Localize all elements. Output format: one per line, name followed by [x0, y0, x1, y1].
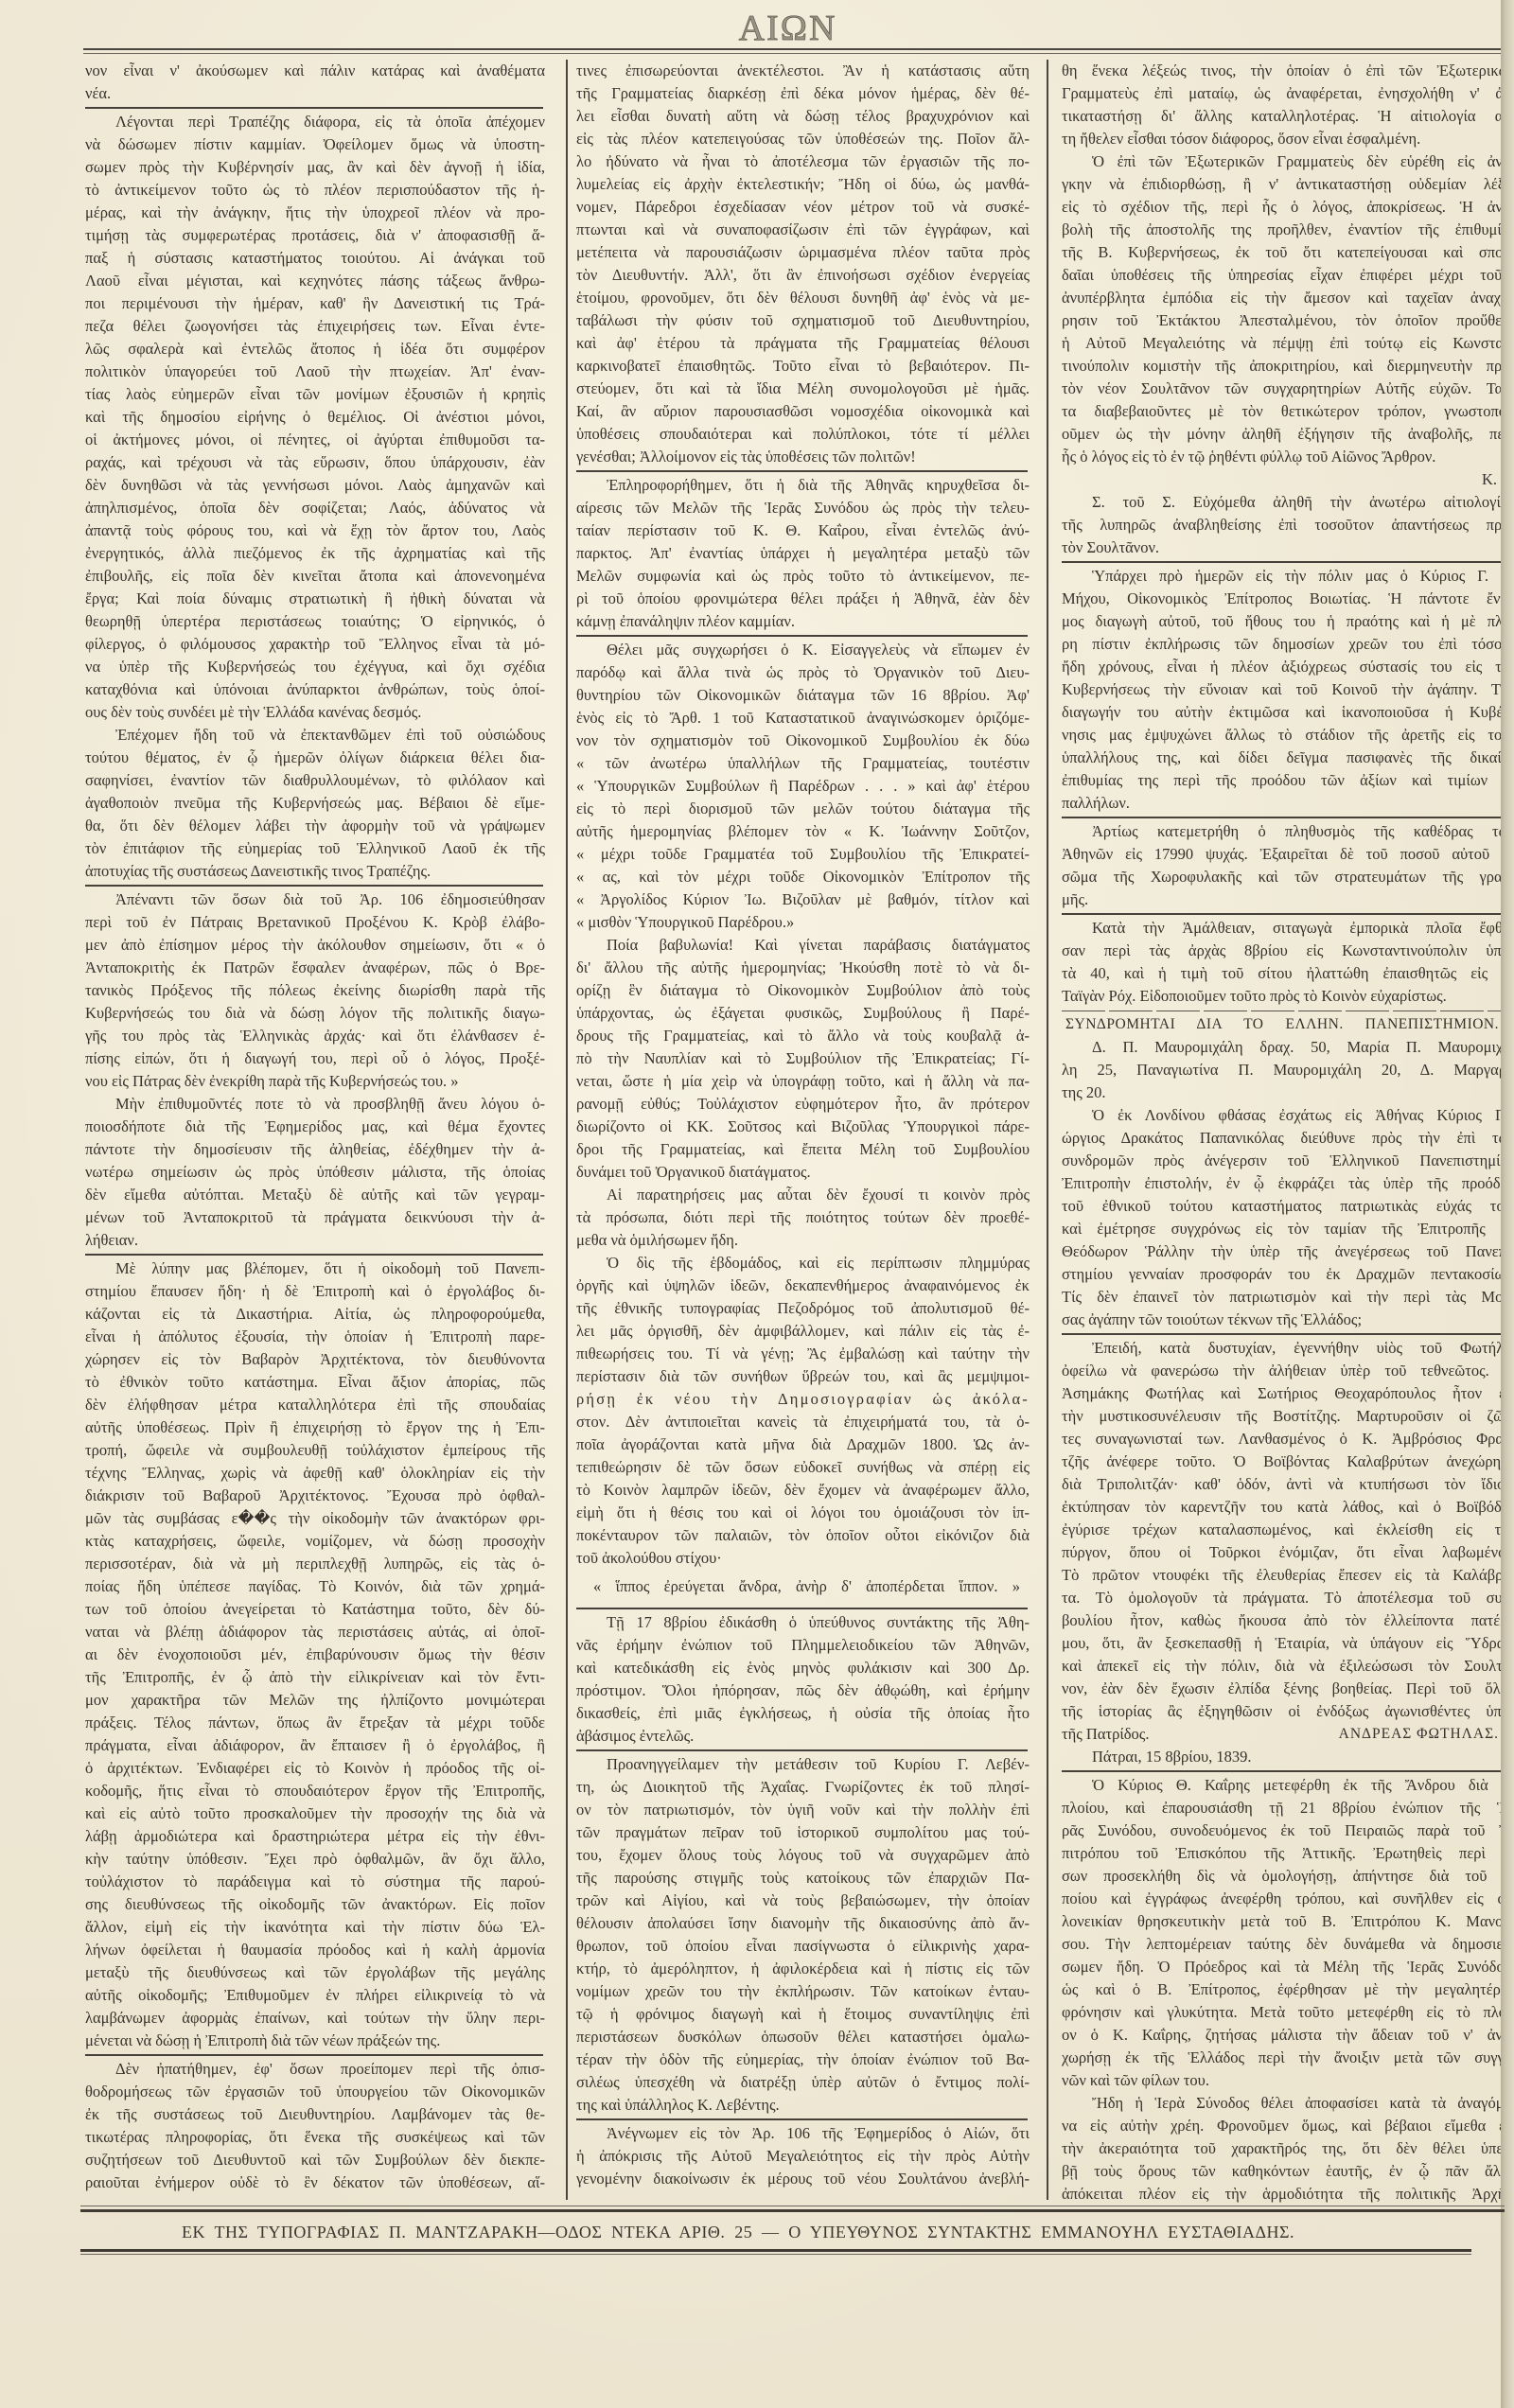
text-line: Κυβερνήσεώς του διὰ νὰ δώσῃ λόγον τῆς πο… [85, 1002, 545, 1025]
text-line: τέραν τὴν ὁδὸν τῆς εὐημερίας, τὴν ὁποίαν… [576, 2048, 1030, 2071]
text-line: φίλεργος, ὁ φιλόμουσος χαρακτὴρ τοῦ Ἕλλη… [85, 633, 545, 656]
text-line: Ὁ ἐκ Λονδίνου φθάσας ἐσχάτως εἰς Ἀθήνας … [1062, 1104, 1514, 1127]
text-line: πρόστιμον. Ὅλοι ἠπόρησαν, πῶς δὲν ἀθῳώθη… [576, 1679, 1030, 1702]
text-line: λήθειαν. [85, 1229, 545, 1252]
article-sultan-reply-continued: θη ἕνεκα λέξεώς τινος, τὴν ὁποίαν ὁ ἐπὶ … [1062, 60, 1514, 150]
text-line: τανικὸς Πρόξενος τῆς πόλεως ἐκείνης διωρ… [85, 979, 545, 1002]
text-line: καὶ ἀπεκεῖ εἰς τὴν πόλιν, διὰ νὰ ἐξιλεώσ… [1062, 1655, 1514, 1678]
text-line: τες συναγωνισταί των. Λανθασμένος ὁ Κ. Ἀ… [1062, 1428, 1514, 1450]
text-line: ον τὸν πατριωτισμόν, τὸν ὑγιῆ νοῦν καὶ τ… [576, 1799, 1030, 1821]
text-line: θη ἕνεκα λέξεώς τινος, τὴν ὁποίαν ὁ ἐπὶ … [1062, 60, 1514, 82]
text-line: τὸ ἀντικείμενον τοῦτο ὡς τὸ πλέον περισπ… [85, 179, 545, 202]
text-line: περισσοτέραν, διὰ νὰ μὴ περιπλεχθῇ λυπηρ… [85, 1553, 545, 1575]
text-line: Ταϊγὰν Ρόχ. Εἰδοποιοῦμεν τοῦτο πρὸς τὸ Κ… [1062, 985, 1514, 1008]
text-line: ἀπόκειται πλέον εἰς τὴν ἁρμοδιότητα τῆς … [1062, 2183, 1514, 2206]
text-line: τοῦ ἀκολούθου στίχου· [576, 1547, 1030, 1570]
text-line: βουλίου ἦτον, καθὼς ἤκουσα ἀπὸ τὸν ἐλλεί… [1062, 1609, 1514, 1632]
text-line: γενέσθαι; Ἀλλοίμονον εἰς τὰς ὑποθέσεις τ… [576, 446, 1030, 468]
text-line: νῶν καὶ τῶν φίλων του. [1062, 2069, 1514, 2092]
text-line: σωμεν πρὸς τὴν Κυβέρνησίν μας, ἂν καὶ δὲ… [85, 156, 545, 179]
text-line: στον. Δὲν ἀντιποιεῖται κανεὶς τὰ ἐπιχειρ… [576, 1411, 1030, 1433]
section-heading-university-subscribers: ΣΥΝΔΡΟΜΗΤΑΙ ΔΙΑ ΤΟ ΕΛΛΗΝ. ΠΑΝΕΠΙΣΤΗΜΙΟΝ. [1062, 1013, 1514, 1036]
text-line: λη 25, Παναγιωτίνα Π. Μαυρομιχάλη 20, Δ.… [1062, 1059, 1514, 1081]
article-finance-directorate-continued: τινες ἐπισωρεύονται ἀνεκτέλεστοι. Ἂν ἡ κ… [576, 60, 1030, 468]
text-line: ἐπιθυμίας της περὶ τῆς προόδου τῶν ἀξίων… [1062, 769, 1514, 792]
text-line: ἀπαντᾷ τοὺς φόρους του, καὶ νὰ ἔχῃ τὸν ἄ… [85, 519, 545, 542]
footer-double-rule-top [80, 2206, 1505, 2212]
letter-signature-initial: Κ. [1062, 468, 1514, 491]
text-line: « Ὑπουργικῶν Συμβούλων ἢ Παρέδρων . . . … [576, 775, 1030, 798]
text-line: δὲν εἴμεθα αὐτόπται. Μεταξὺ δὲ αὐτῆς καὶ… [85, 1184, 545, 1206]
article-editorial-note-consul: Μὴν ἐπιθυμοῦντές ποτε τὸ νὰ προσβληθῇ ἄν… [85, 1093, 545, 1252]
text-line: ρᾶς Συνόδου, συνοδευόμενος ἐκ τοῦ Πειραι… [1062, 1819, 1514, 1842]
text-line: μέρας, καὶ τὴν ἀνάγκην, ἥτις τὴν ὑποχρεο… [85, 202, 545, 224]
text-line: λῶς σφαλερὰ καὶ ἐντελῶς ἄτοπος ἡ ἰδέα ὅτ… [85, 338, 545, 360]
text-line: Ἀπέναντι τῶν ὅσων διὰ τοῦ Ἀρ. 106 ἐδημοσ… [85, 888, 545, 911]
text-line: εἶναι ἡ ἀπόλυτος ἐξουσία, τὴν ὁποίαν ἡ Ἐ… [85, 1326, 545, 1348]
text-line: της 20. [1062, 1081, 1514, 1104]
text-line: Ὁ ἐπὶ τῶν Ἐξωτερικῶν Γραμματεὺς δὲν εὑρέ… [1062, 150, 1514, 173]
text-line: λο ἠδύνατο νὰ ἦναι τὸ ἀποτέλεσμα τῶν ἐργ… [576, 150, 1030, 173]
article-decree-contradiction: Ποία βαβυλωνία! Καὶ γίνεται παράβασις δι… [576, 934, 1030, 1184]
text-line: ὁ ἀρχιτέκτων. Ἐνδιαφέρει εἰς τὸ Κοινὸν ἡ… [85, 1757, 545, 1780]
text-line: βῇ τοὺς ὅρους τῶν καθηκόντων ἑαυτῆς, ἐν … [1062, 2160, 1514, 2183]
column-left: νον εἶναι ν' ἀκούσωμεν καὶ πάλιν κατάρας… [85, 60, 545, 2194]
text-line: θα, ὅτι δὲν θέλομεν λάβει τὴν ἀφορμὴν το… [85, 815, 545, 837]
text-line: ποίου καὶ ἐγγράφως ἀνεφέρθη τρόπου, καὶ … [1062, 1888, 1514, 1910]
text-line: ἐγύρισε τρέχων καταλασπωμένος, καὶ ἐκλεί… [1062, 1519, 1514, 1541]
text-line: ἀνυπέρβλητα ἐμπόδια εἰς τὴν ἄμεσον καὶ τ… [1062, 287, 1514, 309]
text-line: παρκτος. Ἀπ' ἐναντίας ὑπάρχει ἡ μεγαλητέ… [576, 542, 1030, 565]
text-line: λει μᾶς ὀργισθῆ, δὲν ἀμφιβάλλομεν, καὶ π… [576, 1320, 1030, 1343]
text-line: νομίμων χρεῶν του τὴν ἐκπλήρωσιν. Τῶν κα… [576, 1980, 1030, 2003]
letter-signature: ΑΝΔΡΕΑΣ ΦΩΤΗΛΑΣ. [1339, 1723, 1499, 1746]
text-line: Κατὰ τὴν Ἀμάλθειαν, σιταγωγὰ ἐμπορικὰ πλ… [1062, 917, 1514, 940]
text-line: Θέλει μᾶς συγχωρήσει ὁ Κ. Εἰσαγγελεὺς νὰ… [576, 639, 1030, 661]
text-line: ραιοῦται ἐνήμερον οὐδὲ τὸ ἓν δέκατον τῶν… [85, 2171, 545, 2194]
text-line: Ἀθηνῶν εἰς 17990 ψυχάς. Ἐξαιρεῖται δὲ το… [1062, 843, 1514, 866]
text-line: τζῆς ἀνέφερε τοῦτο. Ὁ Βοϊβόντας Καλαβρύτ… [1062, 1450, 1514, 1473]
text-line: χωρήσῃ ἐκ τῆς Ἑλλάδος περὶ τὴν ἄνοιξιν μ… [1062, 2047, 1514, 2069]
text-line: κάμνῃ ἐπανάληψιν πλέον καμμίαν. [576, 610, 1030, 633]
subscribers-list: Δ. Π. Μαυρομιχάλη δραχ. 50, Μαρία Π. Μαυ… [1062, 1036, 1514, 1104]
text-line: τιμήσῃ τὰς συμφερωτέρας προτάσεις, διὰ ν… [85, 224, 545, 247]
text-line: νεται, ὥστε ἡ μία χεὶρ νὰ ὑπογράφῃ τοῦτο… [576, 1070, 1030, 1093]
text-line: τα. Τὸ ὁμολογοῦν τὰ πράγματα. Τὸ ἀποτέλε… [1062, 1587, 1514, 1609]
text-line: Θεόδωρον Ῥάλλην τὴν ὑπὲρ τῆς ἀνεγέρσεως … [1062, 1240, 1514, 1263]
text-line: καὶ εἰς αὐτὸ τοῦτο προσκαλοῦμεν τὴν προσ… [85, 1802, 545, 1825]
text-line: μεν ἀπὸ ἐπίσημον μέρος τὴν ἀκόλουθον σημ… [85, 934, 545, 957]
text-line: πάντοτε τὴν δημοσίευσιν τῆς ἀληθείας, ἐδ… [85, 1138, 545, 1161]
article-finance-directorate: Δὲν ἠπατήθημεν, ἐφ' ὅσων προείπομεν περὶ… [85, 2058, 545, 2194]
text-line: Τῇ 17 8βρίου ἐδικάσθη ὁ ὑπεύθυνος συντάκ… [576, 1611, 1030, 1634]
text-line: μῶν τὰς συμβάσας ε��ς τὴν οἰκοδομὴν τῶν … [85, 1507, 545, 1530]
text-line: ἀποτυχίας τῆς συστάσεως Δανειστικῆς τινο… [85, 860, 545, 883]
text-line: τινούπολιν κομιστὴν τῆς ἀποκριτηρίου, κα… [1062, 355, 1514, 378]
text-line: τοῦ ἐθνικοῦ τούτου καταστήματος πατριωτι… [1062, 1195, 1514, 1218]
text-line: νᾶς ἐρήμην ἐνώπιον τοῦ Πλημμελειοδικείου… [576, 1634, 1030, 1657]
text-line: ἧς ὁ λόγος εἰς τὸ ἐν τῷ ῥηθέντι φύλλῳ το… [1062, 446, 1514, 468]
text-line: φρόνησιν καὶ γλυκύτητα. Μετὰ τοῦτο μετεφ… [1062, 2001, 1514, 2024]
text-line: ρη πίστιν ἐκπλήρωσις τῶν δημοσίων χρεῶν … [1062, 633, 1514, 656]
article-grain-ships: Κατὰ τὴν Ἀμάλθειαν, σιταγωγὰ ἐμπορικὰ πλ… [1062, 917, 1514, 1008]
letter-closing-line: τῆς Πατρίδος. ΑΝΔΡΕΑΣ ΦΩΤΗΛΑΣ. [1062, 1723, 1514, 1746]
article-athena-editor-trial: Τῇ 17 8βρίου ἐδικάσθη ὁ ὑπεύθυνος συντάκ… [576, 1611, 1030, 1748]
text-line: περιστάσεων δυσκόλων ὁπωσοῦν θέλει κατασ… [576, 2026, 1030, 2048]
text-line: « μέχρι τοῦδε Γραμματέα τοῦ Συμβουλίου τ… [576, 843, 1030, 866]
section-separator-rule [1062, 1008, 1514, 1013]
text-line: μου, ὅτι, ἂν ξεσκεπασθῇ ἡ Ἑταιρία, νὰ ὑπ… [1062, 1632, 1514, 1655]
text-line: ἀβάσιμος ἐντελῶς. [576, 1725, 1030, 1748]
text-line: δαῖαι ὑποθέσεις τῆς ὑπηρεσίας εἶχαν ἐπιφ… [1062, 264, 1514, 287]
text-line: τικαταστήσῃ δι' ἄλλης καταλληλοτέρας. Ἡ … [1062, 105, 1514, 128]
article-separator-rule [576, 1748, 1030, 1753]
text-line: κοδομῆς, ἥτις εἶναι τὸ σπουδαιότερον ἔργ… [85, 1780, 545, 1802]
text-line: Τὸ πρῶτον ντουφέκι τῆς ἐλευθερίας ἔπεσεν… [1062, 1564, 1514, 1587]
column-right: θη ἕνεκα λέξεώς τινος, τὴν ὁποίαν ὁ ἐπὶ … [1062, 60, 1514, 2206]
letter-dateline: Πάτραι, 15 8βρίου, 1839. [1062, 1746, 1514, 1768]
text-line: μεθα νὰ ὁμιλήσωμεν ἤδη. [576, 1229, 1030, 1252]
text-line: διωρίζοντο οἱ ΚΚ. Σοῦτσος καὶ Βιζοῦλας Ὑ… [576, 1116, 1030, 1138]
text-line: αι δὲν ἐνοχοποιοῦσι μέν, ἐπιβαρύνουσιν ὅ… [85, 1643, 545, 1666]
article-bank-proposal-conclusion: Ἐπέχομεν ἤδη τοῦ νὰ ἐπεκτανθῶμεν ἐπὶ τοῦ… [85, 724, 545, 883]
text-line: δι' ἄλλου τῆς αὐτῆς ἡμερομηνίας; Ἠκούσθη… [576, 957, 1030, 979]
article-separator-rule [1062, 1768, 1514, 1774]
text-line: θοδρομήσεως τῶν ἐργασιῶν τοῦ ὑπουργείου … [85, 2081, 545, 2103]
article-michou-commissioner: Ὑπάρχει πρὸ ἡμερῶν εἰς τὴν πόλιν μας ὁ Κ… [1062, 565, 1514, 815]
text-line: « Ἀργολίδος Κύριον Ἰω. Βιζοῦλαν μὲ βαθμό… [576, 888, 1030, 911]
article-papanikolas-donation: Ὁ ἐκ Λονδίνου φθάσας ἐσχάτως εἰς Ἀθήνας … [1062, 1104, 1514, 1331]
text-line: αὐτῆς οἰκοδομῆς; Ἐπιθυμοῦμεν ἐν πλήρει ε… [85, 1984, 545, 2007]
article-organic-decree: Θέλει μᾶς συγχωρήσει ὁ Κ. Εἰσαγγελεὺς νὰ… [576, 639, 1030, 934]
text-line: ρησιν τοῦ Ἐκτάκτου Ἀπεσταλμένου, τὸν ὁπο… [1062, 309, 1514, 332]
text-line: μῆς. [1062, 888, 1514, 911]
text-line: τίας λαὸς εὐημερῶν εἶναι τῶν μονίμων ἐξο… [85, 383, 545, 406]
text-line: αὐτῆς ὑποθέσεως. Πρὶν ἢ ἐπιχειρήσῃ τὸ ἔρ… [85, 1416, 545, 1439]
text-line: Αἱ παρατηρήσεις μας αὗται δὲν ἔχουσί τι … [576, 1184, 1030, 1206]
article-separator-rule [1062, 1331, 1514, 1337]
text-line: Καί, ἂν αὔριον παρουσιασθῶσι νομοσχέδια … [576, 400, 1030, 423]
text-line: νομεν, Πάρεδροι ἐσχεδίασαν νέον μέτρον τ… [576, 196, 1030, 219]
text-line: σου. Τὴν λεπτομέρειαν ταύτης δὲν δυνάμεθ… [1062, 1933, 1514, 1956]
text-line: καρκινοβατεῖ ἐπαισθητῶς. Τοῦτο εἶναι τὸ … [576, 355, 1030, 378]
text-line: ἄλλον, εἰμὴ εἰς τὴν ἱκανότητα καὶ τὴν πί… [85, 1916, 545, 1939]
text-line: Γραμματεὺς ἐπὶ ματαίῳ, ὡς ἀναφέρεται, ἐν… [1062, 82, 1514, 105]
text-line: ποκένταυρον τῶν παλαιῶν, τὸν ὁποῖον οὗτο… [576, 1524, 1030, 1547]
text-line: Δὲν ἠπατήθημεν, ἐφ' ὅσων προείπομεν περὶ… [85, 2058, 545, 2081]
text-line: Ἀνέγνωμεν εἰς τὸν Ἀρ. 106 τῆς Ἐφημερίδος… [576, 2122, 1030, 2145]
text-line: νὰ δώσωμεν πίστιν καμμίαν. Ὀφείλομεν ὅμω… [85, 133, 545, 156]
text-line: δυνάμει τοῦ Ὀργανικοῦ διατάγματος. [576, 1161, 1030, 1184]
article-bank-proposal: Λέγονται περὶ Τραπέζης διάφορα, εἰς τὰ ὁ… [85, 111, 545, 724]
text-line: ἔργα; Καὶ ποία δύναμις στρατιωτικὴ ἢ ἠθι… [85, 588, 545, 610]
text-line: εἰς τὸ περὶ διορισμοῦ τῶν μελῶν τούτου δ… [576, 798, 1030, 820]
text-line: μος διαγωγὴ αὐτοῦ, τοῦ ἤθους του ἡ πραότ… [1062, 610, 1514, 633]
text-line: Λαοῦ εἶναι μέγισται, καὶ κεχηνότες πάσης… [85, 270, 545, 292]
text-line: παλλήλων. [1062, 792, 1514, 815]
text-line: Ἀσημάκης Φωτήλας καὶ Σωτήριος Θεοχαρόπου… [1062, 1382, 1514, 1405]
article-pezodromos-reply: Ὁ δὶς τῆς ἑβδομάδος, καὶ εἰς περίπτωσιν … [576, 1252, 1030, 1570]
article-continuation: νον εἶναι ν' ἀκούσωμεν καὶ πάλιν κατάρας… [85, 60, 545, 105]
text-line: Ἐπληροφορήθημεν, ὅτι ἡ διὰ τῆς Ἀθηνᾶς κη… [576, 474, 1030, 497]
text-line: εἰμὴ ὅτι ἡ θέσις του καὶ οἱ λόγοι του ὁμ… [576, 1502, 1030, 1524]
article-separator-rule [85, 2052, 545, 2058]
article-foreign-secretary-letter: Ὁ ἐπὶ τῶν Ἐξωτερικῶν Γραμματεὺς δὲν εὑρέ… [1062, 150, 1514, 468]
letter-closing-text: τῆς Πατρίδος. [1062, 1723, 1149, 1746]
text-line: ραχάς, καὶ τρέχουσι νὰ τὰς εὕρωσιν, ὅπου… [85, 451, 545, 474]
text-line: Σ. τοῦ Σ. Εὐχόμεθα ἀληθῆ τὴν ἀνωτέρω αἰτ… [1062, 491, 1514, 514]
text-line: τα διαβεβαιοῦντες μὲ τὸν θετικώτερον τρό… [1062, 400, 1514, 423]
text-line: μετέπειτα νὰ παρουσιάζωσιν ὡριμασμένα πλ… [576, 241, 1030, 264]
text-line: ἀγαθοποιὸν πνεῦμα τῆς Κυβερνήσεώς μας. Β… [85, 792, 545, 815]
newspaper-page: ΑΙΩΝ νον εἶναι ν' ἀκούσωμεν καὶ πάλιν κα… [0, 0, 1514, 2408]
text-line: ἤδη χρόνους, εἶναι ἡ πλέον ἀξιόχρεως σύσ… [1062, 656, 1514, 678]
text-line: νέα. [85, 82, 545, 105]
page-binding-fold [1501, 0, 1514, 2408]
text-line: ἡ Αὐτοῦ Μεγαλειότης νὰ πέμψῃ ἐπὶ τούτῳ ε… [1062, 332, 1514, 355]
text-line: συνδρομῶν πρὸς ἀνέγερσιν τοῦ Ἑλληνικοῦ Π… [1062, 1150, 1514, 1172]
text-line: λάβῃ ἁρμοδιώτερα καὶ δραστηριώτερα μέτρα… [85, 1825, 545, 1848]
text-line: σωμεν ἤδη. Ὁ Πρόεδρος καὶ τὰ Μέλη τῆς Ἱε… [1062, 1956, 1514, 1978]
text-line: Ἀνταποκριτὴς ἐκ Πατρῶν ἔσφαλεν ἀναφέρων,… [85, 957, 545, 979]
text-line: τῆς Ἐπιτροπῆς, ἐν ᾧ ἀπὸ τὴν εἰλικρίνειαν… [85, 1666, 545, 1689]
text-line: δὲν ἐλήφθησαν μέτρα καταλληλότερα ἐπὶ τῆ… [85, 1394, 545, 1416]
text-line: σιλέως ὑπεσχέθη νὰ διατρέξῃ ὑπὲρ αὐτῶν ὁ… [576, 2071, 1030, 2094]
article-synod-decision: Ἤδη ἡ Ἱερὰ Σύνοδος θέλει ἀποφασίσει κατὰ… [1062, 2092, 1514, 2206]
text-line: λήνων ὀφείλεται ἡ θαυμασία πρόοδος καὶ ἡ… [85, 1939, 545, 1961]
text-line: ἐκτύπησαν τὸν καρεντζῆν του κατὰ λάθος, … [1062, 1496, 1514, 1519]
text-line: τη ἤθελεν εἶσθαι τόσον διάφορος, ὅσον εἶ… [1062, 128, 1514, 150]
text-line: διάκρισιν τοῦ Βαβαροῦ Ἀρχιτέκτονος. Ἔχου… [85, 1485, 545, 1507]
text-line: παξ ἡ σύστασις καταστήματος τοιούτου. Αἱ… [85, 247, 545, 270]
text-line: ἀπηλπισμένος, ὁποῖα δὲν σοφίζεται; Λαός,… [85, 497, 545, 519]
letter-fotilas: Ἐπειδή, κατὰ δυστυχίαν, ἐγεννήθην υἱὸς τ… [1062, 1337, 1514, 1723]
text-line: Ὁ Κύριος Θ. Καΐρης μετεφέρθη ἐκ τῆς Ἄνδρ… [1062, 1774, 1514, 1797]
text-line: Ἐπέχομεν ἤδη τοῦ νὰ ἐπεκτανθῶμεν ἐπὶ τοῦ… [85, 724, 545, 747]
text-line: ταίαν περίστασιν τοῦ Κ. Θ. Καΐρου, εἶναι… [576, 519, 1030, 542]
text-line: τικωτέρας πληροφορίας, ὅτι ἕνεκα τῆς συσ… [85, 2126, 545, 2149]
text-line: νον τὸν σχηματισμὸν τοῦ Οἰκονομικοῦ Συμβ… [576, 729, 1030, 752]
text-line: γενομένην διακοίνωσιν ἐκ μέρους τοῦ νέου… [576, 2168, 1030, 2190]
text-line: τὴν ἀκεραιότητα τοῦ χαρακτῆρός της, ὅτι … [1062, 2137, 1514, 2160]
text-line: τρῶν καὶ Αἰγίου, καὶ νὰ τοὺς βεβαιώσωμεν… [576, 1889, 1030, 1912]
text-line: ἑτοίμου, φρονοῦμεν, ὅτι δὲν θέλουσι δυνη… [576, 287, 1030, 309]
text-line: τεπιθεώρησιν δὲ τῶν ὅσων εὐδοκεῖ συνήθως… [576, 1456, 1030, 1479]
text-line: μένων τοῦ Ἀνταποκριτοῦ τὰ πράγματα δεικν… [85, 1206, 545, 1229]
article-british-consul-correction: Ἀπέναντι τῶν ὅσων διὰ τοῦ Ἀρ. 106 ἐδημοσ… [85, 888, 545, 1093]
text-line: στεύομεν, ὅτι καὶ τὰ ἴδια Μέλη συνομολογ… [576, 378, 1030, 400]
text-line: ποι περιμένουσι τὴν ἡμέραν, καθ' ἣν Δανε… [85, 292, 545, 315]
text-line: ὑπάρχοντας, ὡς ἐξάγεται φυσικῶς, Συμβούλ… [576, 1002, 1030, 1025]
text-line: ὑποθέσεις σπουδαιότεραι καὶ πολύπλοκοι, … [576, 423, 1030, 446]
text-line: τούτου θέματος, ἐν ᾧ ἡμερῶν ὀλίγων διάρκ… [85, 747, 545, 769]
verse-quote: « ἵππος ἐρεύγεται ἄνδρα, ἀνὴρ δ' ἀποπέρδ… [576, 1575, 1030, 1598]
text-line: συζητήσεων τοῦ Διευθυντοῦ καὶ τῶν Συμβού… [85, 2149, 545, 2171]
text-line: ὡς καὶ ὁ Β. Ἐπίτροπος, ἐφέρθησαν μὲ τὴν … [1062, 1978, 1514, 2001]
text-line: ρανομῇ εὐθύς; Τοὐλάχιστον εὐφημότερον ἦτ… [576, 1093, 1030, 1116]
text-line: μεταξὺ τῆς διευθύνσεως καὶ τῶν ἐργολάβων… [85, 1961, 545, 1984]
text-line: βολὴ τῆς ἀποστολῆς της προῆλθεν, ἐναντίο… [1062, 219, 1514, 241]
text-line: δρους τῆς Γραμματείας, καὶ τὸ ἄλλο νὰ το… [576, 1025, 1030, 1047]
text-line: γκην νὰ ἐπιδιορθώσῃ, ἢ ν' ἀντικαταστήσῃ … [1062, 173, 1514, 196]
text-line: ὀργῆς καὶ ὑψηλῶν ἰδεῶν, δεκαπενθήμερος ἀ… [576, 1274, 1030, 1297]
text-line: « τῶν ἀνωτέρω ὑπαλλήλων τῆς Γραμματείας,… [576, 752, 1030, 775]
text-line: των τοῦ ὁποίου ἀνεγείρεται τὸ Κατάστημα … [85, 1598, 545, 1621]
text-line: να ὑπὲρ τῆς Κυβερνήσεώς του ἐχέγγυα, καὶ… [85, 656, 545, 678]
text-line: ους δὲν τοὺς συνδέει μὲ τὴν Ἑλλάδα κανέν… [85, 701, 545, 724]
text-line: πιτρόπου τοῦ Ἐπισκόπου τῆς Ἀττικῆς. Ἐρωτ… [1062, 1842, 1514, 1865]
text-line: δικασθείς, ἐπὶ μιᾶς ἐγκλήσεως, ἡ οὐσία τ… [576, 1702, 1030, 1725]
text-line: κάζονται εἰς τὰ Δικαστήρια. Αἰτία, ὡς πλ… [85, 1303, 545, 1326]
text-line: ορίζῃ ἓν διάταγμα τὸ Οἰκονομικὸν Συμβούλ… [576, 979, 1030, 1002]
text-line: Τίς δὲν ἐπαινεῖ τὸν πατριωτισμὸν καὶ τὴν… [1062, 1286, 1514, 1309]
text-line: ἑνὸς εἰς τὸ Ἄρθ. 1 τοῦ Καταστατικοῦ ἀναγ… [576, 707, 1030, 729]
text-line: ναται νὰ βλέπῃ ἀδιάφορον τὰς περιστάσεις… [85, 1621, 545, 1643]
text-line: τῆς ἐθνικῆς τυπογραφίας Πεζοδρόμος τοῦ ἀ… [576, 1297, 1030, 1320]
text-line: στημίου γενναίαν προσφοράν του ἐκ Δραχμῶ… [1062, 1263, 1514, 1286]
text-line: καὶ τῆς δημοσίου εἰρήνης ὁ θεμέλιος. Οἱ … [85, 406, 545, 429]
text-line: ἐπιβουλῆς, εἰς ποῖα δὲν κινεῖται ἄτοπα κ… [85, 565, 545, 588]
text-line: Δ. Π. Μαυρομιχάλη δραχ. 50, Μαρία Π. Μαυ… [1062, 1036, 1514, 1059]
text-line: τοὐλάχιστον τὸ παράδειγμα καὶ τὸ σύστημα… [85, 1871, 545, 1893]
text-line: ον ὁ Κ. Καΐρης, ζητήσας μάλιστα τὴν ἄδει… [1062, 2024, 1514, 2047]
text-line: ποιοσδήποτε διὰ τῆς Ἐφημερίδος μας, καὶ … [85, 1116, 545, 1138]
text-line: Ἐπειδή, κατὰ δυστυχίαν, ἐγεννήθην υἱὸς τ… [1062, 1337, 1514, 1360]
text-line: ἐκ τῆς συστάσεως τοῦ Διευθυντηρίου. Λαμβ… [85, 2103, 545, 2126]
text-line: θυντηρίου τῶν Οἰκονομικῶν διάταγμα τῶν 1… [576, 684, 1030, 707]
article-holy-synod-report: Ἐπληροφορήθημεν, ὅτι ἡ διὰ τῆς Ἀθηνᾶς κη… [576, 474, 1030, 633]
text-line: τὴν μυστικοσυνέλευσιν τῆς Βοστίτζης. Μαρ… [1062, 1405, 1514, 1428]
text-line: θεωρηθῇ ὑπερτέρα περιστάσεως τοιαύτης; Ὁ… [85, 610, 545, 633]
text-line: νησις μας ἐμψυχώνει ἄλλως τὸ στάδιον τῆς… [1062, 724, 1514, 747]
text-line: πράγματα, εἶναι ἀδιάφορον, ἂν ἔπταισεν ἢ… [85, 1734, 545, 1757]
text-line: νον, ἐὰν δὲν ἔχωσιν ἐλπίδα ξένης βοηθεία… [1062, 1678, 1514, 1700]
article-separator-rule [85, 105, 545, 111]
text-line: νωτέρω σημείωσιν ὡς πρὸς ὑπόθεσιν μάλιστ… [85, 1161, 545, 1184]
article-separator-rule [576, 633, 1030, 639]
text-line: Μὴν ἐπιθυμοῦντές ποτε τὸ νὰ προσβληθῇ ἄν… [85, 1093, 545, 1116]
text-line: Μελῶν συμφωνία καὶ ὡς πρὸς τοῦτο τὸ ἀντι… [576, 565, 1030, 588]
column-divider-right [1047, 60, 1048, 2200]
printer-imprint: ΕΚ ΤΗΣ ΤΥΠΟΓΡΑΦΙΑΣ Π. ΜΑΝΤΖΑΡΑΚΗ—ΟΔΟΣ ΝΤ… [182, 2220, 1294, 2244]
text-line: ώργιος Δρακάτος Παπανικόλας διεύθυνε πρὸ… [1062, 1127, 1514, 1150]
text-line: τινες ἐπισωρεύονται ἀνεκτέλεστοι. Ἂν ἡ κ… [576, 60, 1030, 82]
text-line: τὸν Σουλτᾶνον. [1062, 536, 1514, 559]
text-line: τὸν Διευθυντήν. Ἀλλ', ὅτι ἂν ἐπινοήσωσι … [576, 264, 1030, 287]
text-line: τέχνης Ἕλληνας, χωρὶς νὰ ἀφεθῇ καθ' ὁλοκ… [85, 1462, 545, 1485]
editor-note: Σ. τοῦ Σ. Εὐχόμεθα ἀληθῆ τὴν ἀνωτέρω αἰτ… [1062, 491, 1514, 559]
article-separator-rule [576, 1606, 1030, 1611]
text-line: ποίας ἤδη ὑπέπεσε παγίδας. Τὸ Κοινόν, δι… [85, 1575, 545, 1598]
text-line: εἰς τὸ σχέδιον τῆς, περὶ ἧς ὁ λόγος, ἀπο… [1062, 196, 1514, 219]
article-separator-rule [1062, 911, 1514, 917]
text-line: πύργον, ὅπου οἱ Τοῦρκοι ἐνόμιζαν, ὅτι εἶ… [1062, 1541, 1514, 1564]
text-line: μένεται νὰ δώσῃ ἡ Ἐπιτροπὴ διὰ τῶν νέων … [85, 2030, 545, 2052]
text-line: χώρησεν εἰς τὸν Βαβαρὸν Ἀρχιτέκτονα, τὸν… [85, 1348, 545, 1371]
article-sultan-reply: Ἀνέγνωμεν εἰς τὸν Ἀρ. 106 τῆς Ἐφημερίδος… [576, 2122, 1030, 2190]
text-line: παρόδῳ καὶ ἄλλα τινὰ ὡς πρὸς τὸ Ὀργανικὸ… [576, 661, 1030, 684]
text-line: κτὰς καταχρήσεις, ὤφειλε, νομίζομεν, νὰ … [85, 1530, 545, 1553]
text-line: πὸ τὴν Ναυπλίαν καὶ τὸ Συμβούλιον τῆς Ἐπ… [576, 1047, 1030, 1070]
text-line: Ποία βαβυλωνία! Καὶ γίνεται παράβασις δι… [576, 934, 1030, 957]
text-line: τῆς Β. Κυβερνήσεως, ἐκ τοῦ ὅτι κατεπείγο… [1062, 241, 1514, 264]
text-line: Ἐπιτροπὴν ἐπιστολήν, ἐν ᾧ ἐκφράζει τὰς ὑ… [1062, 1172, 1514, 1195]
article-university-construction: Μὲ λύπην μας βλέπομεν, ὅτι ἡ οἰκοδομὴ το… [85, 1257, 545, 2052]
text-line: τὸ Κοινὸν λαμπρῶν ἰδεῶν, δὲν ἔχομεν νὰ ἀ… [576, 1479, 1030, 1502]
text-line: καὶ ἀφ' ἑτέρου τὰ πράγματα τῆς Γραμματεί… [576, 332, 1030, 355]
article-athens-census: Ἀρτίως κατεμετρήθη ὁ πληθυσμὸς τῆς καθέδ… [1062, 820, 1514, 911]
text-line: κὴν ταύτην ὑπόθεσιν. Ἔχει πρὸ ὀφθαλμῶν, … [85, 1848, 545, 1871]
text-line: σας ἀγάπην τῶν τοιούτων τέκνων τῆς Ἑλλάδ… [1062, 1309, 1514, 1331]
text-line: τῆς ἱστορίας ἂς ἐξηγηθῶσιν οἱ ἐνδόξως ἀγ… [1062, 1700, 1514, 1723]
text-line: να εἰς αὐτὴν χρέη. Φρονοῦμεν ὅμως, καὶ β… [1062, 2115, 1514, 2137]
column-middle: τινες ἐπισωρεύονται ἀνεκτέλεστοι. Ἂν ἡ κ… [576, 60, 1030, 2190]
text-line: οἱ ἀκτήμονες μόνοι, οἱ πένητες, οἱ ἀγύρτ… [85, 429, 545, 451]
text-line: καὶ κατεδικάσθη εἰς ἑνὸς μηνὸς φυλάκισιν… [576, 1657, 1030, 1679]
article-remarks: Αἱ παρατηρήσεις μας αὗται δὲν ἔχουσί τι … [576, 1184, 1030, 1252]
text-line: Ὑπάρχει πρὸ ἡμερῶν εἰς τὴν πόλιν μας ὁ Κ… [1062, 565, 1514, 588]
text-line: πράξεις. Τέλος πάντων, ὅπως ἂν ἔτρεξαν τ… [85, 1712, 545, 1734]
text-line: τὸν ἐπιτάφιον τῆς εὐημερίας τοῦ Ἑλληνικο… [85, 837, 545, 860]
text-line: τὸ ἐθνικὸν τοῦτο κατάστημα. Εἶναι ἄξιον … [85, 1371, 545, 1394]
text-line: λυμελείας εἰς ἀρχὴν ἐκτελεστικήν; Ἤδη οἱ… [576, 173, 1030, 196]
masthead-title: ΑΙΩΝ [719, 8, 856, 49]
text-line: νον εἶναι ν' ἀκούσωμεν καὶ πάλιν κατάρας… [85, 60, 545, 82]
text-line: τη, ὡς Διοικητοῦ τῆς Ἀχαΐας. Γνωρίζοντες… [576, 1776, 1030, 1799]
text-line: περίστασιν διὰ τῶν συνήθων ὕβρεών του, κ… [576, 1365, 1030, 1388]
text-line: αίρεσις τῶν Μελῶν τῆς Ἱερᾶς Συνόδου ὡς π… [576, 497, 1030, 519]
text-line: ὑπαλλήλους της, καὶ δίδει δεῖγμα πασιφαν… [1062, 747, 1514, 769]
text-line: της καὶ ὑπάλληλος Κ. Λεβέντης. [576, 2094, 1030, 2117]
text-line: τροπή, ὤφειλε νὰ συμβουλευθῇ τοὐλάχιστον… [85, 1439, 545, 1462]
masthead-double-rule [83, 48, 1503, 54]
text-line: πολιτικὸν ὑπαγορεύει τοῦ Λαοῦ τὴν πτωχεί… [85, 360, 545, 383]
text-line: ἐνεργητικός, ἀλλὰ πιεζόμενος ἐκ τῆς ἀχρη… [85, 542, 545, 565]
text-line: ὀφείλω νὰ φανερώσω τὴν ἀλήθειαν ὑπὲρ τοῦ… [1062, 1360, 1514, 1382]
article-leventis-transfer: Προανηγγείλαμεν τὴν μετάθεσιν τοῦ Κυρίου… [576, 1753, 1030, 2117]
text-line: Ἤδη ἡ Ἱερὰ Σύνοδος θέλει ἀποφασίσει κατὰ… [1062, 2092, 1514, 2115]
text-line: σῶμα τῆς Χωροφυλακῆς καὶ τῶν στρατευμάτω… [1062, 866, 1514, 888]
text-line: τῆς παρούσης στιγμῆς τοὺς κατοίκους τῶν … [576, 1867, 1030, 1889]
text-line: κτήρ, τὸ ἀμερόληπτον, ἡ ἀφιλοκέρδεια καὶ… [576, 1958, 1030, 1980]
text-line: λαμβάνωμεν ἀφορμὰς ἐπαίνων, καὶ τούτων τ… [85, 2007, 545, 2030]
text-line: Μήχου, Οἰκονομικὸς Ἐπίτροπος Βοιωτίας. Ἡ… [1062, 588, 1514, 610]
text-line: τῆς λυπηρῶς ἀναβληθείσης ἐπὶ τοσοῦτον ἀπ… [1062, 514, 1514, 536]
text-line: τὸν νέον Σουλτᾶνον τῶν συγχαρητηρίων Αὐτ… [1062, 378, 1514, 400]
text-line: διὰ Τριπολιτζάν· καθ' ὁδόν, ἀντὶ νὰ κτυπ… [1062, 1473, 1514, 1496]
text-line: Ἀρτίως κατεμετρήθη ὁ πληθυσμὸς τῆς καθέδ… [1062, 820, 1514, 843]
text-line: πιθεωρήσεις του. Τί νὰ γένῃ; Ἂς ἐμβαλώσῃ… [576, 1343, 1030, 1365]
text-line: δροι τῆς Γραμματείας, καὶ ἔπειτα Μέλη το… [576, 1138, 1030, 1161]
text-line: καταχθόνια καὶ ὑπόνοιαι ἀνύπαρκτοι ἀνθρώ… [85, 678, 545, 701]
text-line: τὰ 40, καὶ ἡ τιμὴ τοῦ σίτου ἠλαττώθη ἐπα… [1062, 962, 1514, 985]
text-line: ἡ ἀπόκρισις τῆς Αὐτοῦ Μεγαλειότητος εἰς … [576, 2145, 1030, 2168]
text-line: ρὶ τοῦ ὁποίου φρονιμώτερα θέλει πράξει ἡ… [576, 588, 1030, 610]
text-line: τῶν πραγμάτων πεῖραν τοῦ ἱστορικοῦ συμπο… [576, 1821, 1030, 1844]
text-line: δὲν δυνηθῶσι νὰ τὰς γεννήσωσι μόνοι. Λαὸ… [85, 474, 545, 497]
text-line: θρωπον, τοῦ ὁποίου εἶναι πασίγνωστα ὁ εἰ… [576, 1935, 1030, 1958]
text-line: σαφηνίσει, ἐναντίον τῶν διαθρυλλουμένων,… [85, 769, 545, 792]
text-line: σης διευθύνσεως τῆς οἰκοδομῆς τῶν ἀνακτό… [85, 1893, 545, 1916]
text-line: θέλουσιν ἀπολαύσει ἴσην διανομὴν τῆς δικ… [576, 1912, 1030, 1935]
text-line: Κυβερνήσεως τὴν εὔνοιαν καὶ τοῦ Κοινοῦ τ… [1062, 678, 1514, 701]
article-separator-rule [85, 883, 545, 888]
text-line: περὶ τοῦ ἐν Πάτραις Βρετανικοῦ Προξένου … [85, 911, 545, 934]
text-line: διαγωγήν του αὐτὴν ἐκτιμῶσα καὶ ἱκανοποι… [1062, 701, 1514, 724]
article-separator-rule [1062, 815, 1514, 820]
text-line: Μὲ λύπην μας βλέπομεν, ὅτι ἡ οἰκοδομὴ το… [85, 1257, 545, 1280]
text-line: τῷ ἡ φρόνιμος διαγωγὴ καὶ ἡ ἕτοιμος συνα… [576, 2003, 1030, 2026]
